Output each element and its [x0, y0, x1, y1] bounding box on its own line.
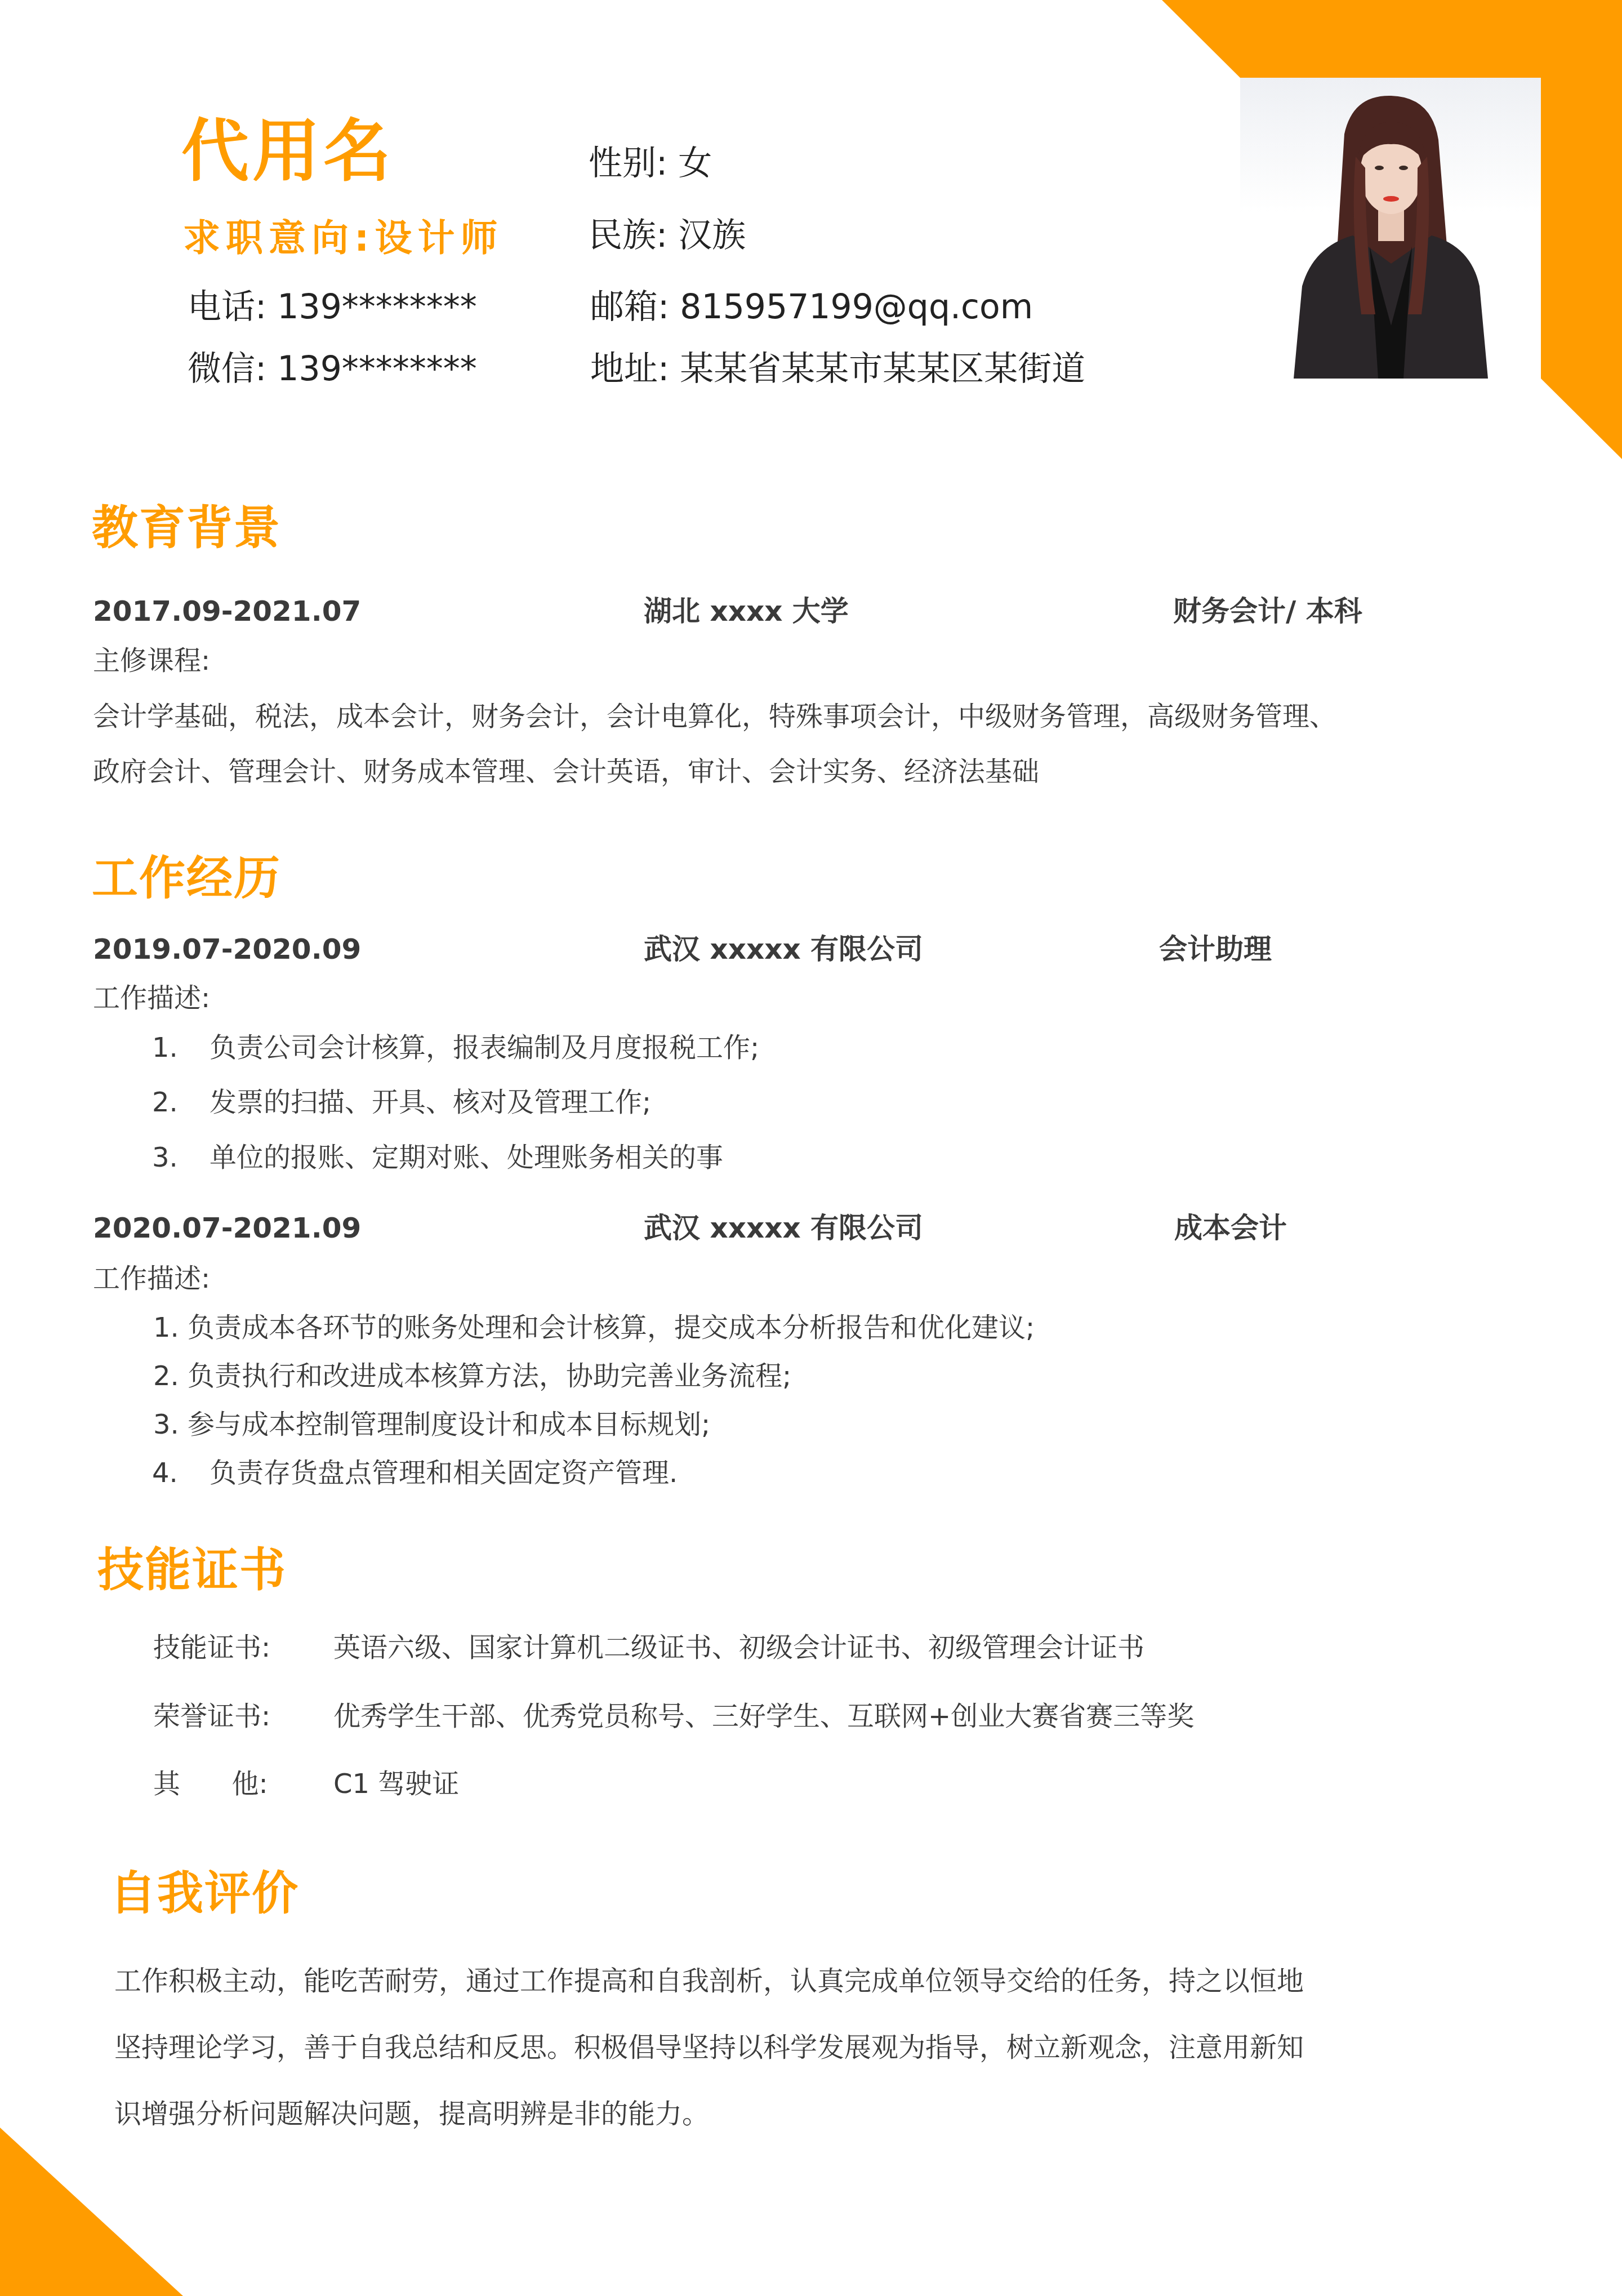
job-2-item-2: 2. 负责执行和改进成本核算方法，协助完善业务流程; — [153, 1356, 791, 1396]
job-2-desc-label: 工作描述: — [93, 1259, 210, 1298]
job-2-period: 2020.07-2021.09 — [93, 1208, 361, 1248]
job-2-role: 成本会计 — [1174, 1208, 1287, 1248]
courses-label: 主修课程: — [93, 641, 210, 680]
education-period: 2017.09-2021.07 — [93, 591, 361, 631]
email: 邮箱: 815957199@qq.com — [590, 284, 1033, 330]
job-2-item-3: 3. 参与成本控制管理制度设计和成本目标规划; — [153, 1405, 710, 1444]
self-eval-line-2: 坚持理论学习，善于自我总结和反思。积极倡导坚持以科学发展观为指导，树立新观念，注… — [114, 2028, 1304, 2067]
job-1-company: 武汉 xxxxx 有限公司 — [644, 929, 923, 969]
job-1-item-2: 发票的扫描、开具、核对及管理工作; — [210, 1083, 651, 1122]
skill-row-3-label: 其 他: — [153, 1764, 268, 1804]
section-title-self-eval: 自我评价 — [110, 1866, 299, 1922]
address: 地址: 某某省某某市某某区某街道 — [590, 346, 1085, 391]
education-school: 湖北 xxxx 大学 — [644, 591, 849, 631]
courses-line-2: 政府会计、管理会计、财务成本管理、会计英语，审计、会计实务、经济法基础 — [93, 752, 1039, 791]
job-2-company: 武汉 xxxxx 有限公司 — [644, 1208, 923, 1248]
skill-row-1-value: 英语六级、国家计算机二级证书、初级会计证书、初级管理会计证书 — [333, 1628, 1144, 1667]
ethnicity: 民族: 汉族 — [589, 213, 746, 258]
skill-row-1-label: 技能证书: — [153, 1628, 270, 1667]
job-1-item-2-num: 2. — [152, 1083, 178, 1122]
job-2-item-4-num: 4. — [152, 1453, 178, 1493]
job-2-item-1: 1. 负责成本各环节的账务处理和会计核算，提交成本分析报告和优化建议; — [153, 1308, 1035, 1347]
job-1-role: 会计助理 — [1159, 929, 1272, 969]
job-1-item-3: 单位的报账、定期对账、处理账务相关的事 — [210, 1138, 723, 1177]
education-major: 财务会计/ 本科 — [1173, 591, 1362, 631]
job-1-period: 2019.07-2020.09 — [93, 929, 361, 969]
skill-row-2-value: 优秀学生干部、优秀党员称号、三好学生、互联网+创业大赛省赛三等奖 — [333, 1697, 1194, 1736]
bottom-left-orange-triangle — [0, 2128, 183, 2296]
job-1-item-1-num: 1. — [152, 1028, 178, 1067]
phone: 电话: 139******** — [188, 284, 477, 330]
self-eval-line-3: 识增强分析问题解决问题，提高明辨是非的能力。 — [114, 2094, 709, 2134]
gender: 性别: 女 — [589, 141, 712, 186]
candidate-name: 代用名 — [181, 113, 394, 192]
courses-line-1: 会计学基础，税法，成本会计，财务会计，会计电算化，特殊事项会计，中级财务管理，高… — [93, 697, 1336, 736]
self-eval-line-1: 工作积极主动，能吃苦耐劳，通过工作提高和自我剖析，认真完成单位领导交给的任务，持… — [114, 1961, 1304, 2001]
wechat: 微信: 139******** — [188, 346, 477, 391]
job-intent: 求职意向:设计师 — [183, 213, 503, 264]
profile-photo — [1240, 78, 1541, 379]
skill-row-2-label: 荣誉证书: — [153, 1697, 270, 1736]
job-2-item-4: 负责存货盘点管理和相关固定资产管理. — [210, 1453, 678, 1493]
person-portrait-icon — [1240, 78, 1541, 379]
section-title-skills: 技能证书 — [97, 1542, 287, 1599]
job-1-item-3-num: 3. — [152, 1138, 178, 1177]
section-title-education: 教育背景 — [92, 500, 281, 557]
skill-row-3-value: C1 驾驶证 — [333, 1764, 459, 1804]
job-1-item-1: 负责公司会计核算，报表编制及月度报税工作; — [210, 1028, 759, 1067]
section-title-work: 工作经历 — [92, 851, 281, 907]
job-1-desc-label: 工作描述: — [93, 978, 210, 1018]
